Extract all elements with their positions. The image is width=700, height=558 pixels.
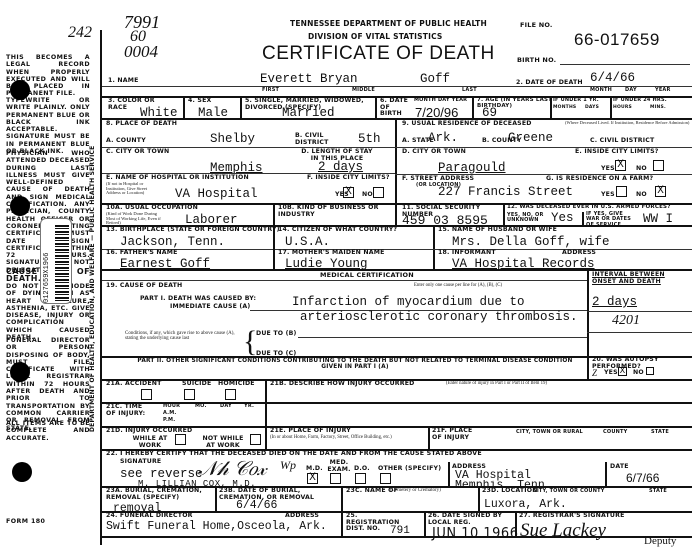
col-divider: [428, 426, 430, 449]
no-label: NO: [636, 192, 647, 199]
col-divider: [273, 249, 275, 269]
hours-label: HOURS: [613, 106, 632, 111]
res-civil-district-label: C. CIVIL DISTRICT: [590, 138, 654, 145]
location-state-label: STATE: [649, 489, 667, 494]
accident-checkbox[interactable]: [141, 389, 152, 400]
res-inside-no-checkbox[interactable]: [653, 160, 664, 171]
funeral-director-value: Swift Funeral Home,Osceola, Ark.: [106, 521, 327, 533]
handwritten-number-3: 0004: [124, 42, 158, 62]
county-col-label: COUNTY: [603, 430, 627, 435]
farm-label: G. IS RESIDENCE ON A FARM?: [546, 176, 653, 183]
citizen-label: 14. CITIZEN OF WHAT COUNTRY?: [278, 227, 397, 234]
county-value: Shelby: [210, 133, 255, 146]
burial-date-value: 6/4/66: [236, 500, 277, 512]
location-value: Luxora, Ark.: [484, 499, 567, 511]
col-divider: [472, 96, 474, 118]
barcode-stripes: [55, 225, 69, 301]
med-exam-checkbox[interactable]: [330, 473, 341, 484]
year-label: YR.: [244, 404, 254, 409]
other-label: OTHER (SPECIFY): [378, 466, 441, 473]
spouse-value: Mrs. Della Goff, wife: [452, 236, 610, 249]
row-divider: [102, 280, 587, 281]
all-items-note: ALL ITEMS ARE TO BE COMPLETE AND ACCURAT…: [6, 420, 90, 442]
while-at-work-label: WHILE AT WORK: [130, 436, 170, 449]
yes-label: YES: [601, 192, 615, 199]
department-title: TENNESSEE DEPARTMENT OF PUBLIC HEALTH: [290, 20, 487, 28]
suicide-label: SUICIDE: [182, 381, 211, 388]
dob-label: 6. DATE OF BIRTH: [380, 98, 414, 118]
initials: Wp: [280, 458, 296, 473]
conditions-note: Conditions, if any, which gave rise to a…: [125, 331, 235, 342]
col-divider: [478, 486, 480, 511]
file-no-label: FILE NO.: [520, 22, 553, 29]
yes-label: YES: [604, 370, 618, 377]
burial-label: 23A. BURIAL, CREMATION, REMOVAL (SPECIFY…: [106, 488, 216, 501]
injury-how-label: 21B. DESCRIBE HOW INJURY OCCURRED: [270, 381, 415, 388]
col-divider: [503, 203, 505, 225]
interval-label: INTERVAL BETWEEN ONSET AND DEATH: [592, 272, 687, 285]
col-divider: [375, 96, 377, 118]
funeral-director-label: 24. FUNERAL DIRECTOR: [106, 513, 193, 520]
col-divider: [448, 462, 450, 486]
typewrite-instructions: TYPEWRITE OR WRITE PLAINLY. ONLY PERMANE…: [6, 97, 90, 155]
suicide-checkbox[interactable]: [184, 389, 195, 400]
mother-label: 17. MOTHER'S MAIDEN NAME: [278, 250, 385, 257]
am-label: A.M.: [163, 411, 177, 416]
no-label: NO: [633, 370, 644, 377]
middle-sublabel: MIDDLE: [352, 88, 375, 93]
war-value: WW I: [643, 213, 673, 226]
barcode-sticker: 0127659X1966: [40, 218, 72, 304]
civil-district-value: 5th: [358, 133, 381, 146]
interval-line: [587, 311, 692, 312]
birthplace-label: 13. BIRTHPLACE (State or Foreign Country…: [106, 227, 280, 234]
birth-no-label: BIRTH NO.: [517, 57, 556, 64]
certify-statement: 22. I HEREBY CERTIFY THAT THE DECEASED D…: [106, 451, 482, 458]
year-sublabel: YEAR: [655, 88, 671, 93]
immediate-cause-label: IMMEDIATE CAUSE (A): [170, 304, 250, 311]
col-divider: [550, 96, 552, 118]
form-left-border: [100, 30, 102, 545]
informant-label: 18. INFORMANT: [438, 250, 496, 257]
col-divider: [183, 96, 185, 118]
armed-forces-label: 12. WAS DECEASED EVER IN U.S. ARMED FORC…: [507, 205, 671, 211]
cemetery-note: (Cemetery or Crematory): [390, 488, 441, 493]
under-24hrs-label: IF UNDER 24 HRS.: [613, 98, 667, 103]
res-inside-limits-label: E. INSIDE CITY LIMITS?: [575, 149, 659, 156]
left-margin: 242 THIS BECOMES A LEGAL RECORD WHEN PRO…: [4, 0, 94, 558]
col-divider: [395, 203, 397, 225]
yes-label: YES: [601, 166, 615, 173]
city-town-rural-label: CITY, TOWN OR RURAL: [516, 430, 583, 435]
physician-signature: 𝒩𝒽 𝒞𝑜𝓍: [198, 458, 266, 481]
location-label: 23D. LOCATION: [482, 488, 538, 495]
month-sublabel: MONTH: [590, 88, 612, 93]
cause-of-death-label: 19. CAUSE OF DEATH: [106, 283, 182, 290]
autopsy-no-checkbox[interactable]: [646, 367, 654, 375]
residence-note: (Where Deceased Lived. If Institution, R…: [565, 121, 690, 126]
section-divider: [395, 118, 397, 203]
birth-no-line: [560, 64, 690, 65]
med-exam-label: MED. EXAM.: [327, 460, 351, 473]
hour-label: HOUR: [163, 404, 180, 409]
business-label: 10B. KIND OF BUSINESS OR INDUSTRY: [278, 205, 388, 218]
federal-department-vertical: DEPARTMENT OF HEALTH, EDUCATION, AND WEL…: [90, 146, 96, 432]
date-of-death: 6/4/66: [590, 72, 635, 85]
days-label: DAYS: [585, 106, 599, 111]
place-of-injury-note: (In or about Home, Farm, Factory, Street…: [270, 435, 430, 440]
hospital-value: VA Hospital: [175, 188, 258, 201]
length-of-stay-value: 2 days: [318, 161, 363, 174]
month-label: MO.: [195, 404, 207, 409]
due-to-b-label: DUE TO (B): [256, 331, 297, 338]
form-bottom-border: [102, 536, 692, 538]
punch-hole: [10, 196, 30, 216]
mins-label: MINS.: [650, 106, 666, 111]
farm-no-checkbox[interactable]: X: [655, 186, 666, 197]
informant-address-label: ADDRESS: [562, 250, 596, 257]
pm-label: P.M.: [163, 418, 175, 423]
inside-limits-no-checkbox[interactable]: [373, 187, 384, 198]
last-sublabel: LAST: [462, 88, 477, 93]
file-number: 66-017659: [574, 30, 660, 50]
date-signed-label: 26. DATE SIGNED BY LOCAL REG.: [428, 513, 518, 526]
funeral-address-label: ADDRESS: [285, 513, 319, 520]
other-checkbox[interactable]: [380, 473, 391, 484]
certifier-date-label: DATE: [610, 464, 629, 471]
col-divider: [515, 511, 517, 536]
sex-label: 4. SEX: [188, 98, 211, 105]
county-label: A. COUNTY: [106, 138, 146, 145]
inside-city-limits-label: F. INSIDE CITY LIMITS?: [307, 175, 390, 182]
corner-annotation: 242: [68, 24, 92, 42]
first-sublabel: FIRST: [262, 88, 279, 93]
medical-certification-title: MEDICAL CERTIFICATION: [320, 272, 414, 279]
homicide-label: HOMICIDE: [218, 381, 255, 388]
division-title: DIVISION OF VITAL STATISTICS: [308, 33, 443, 41]
location-sublabel: CITY, TOWN OR COUNTY: [533, 489, 605, 494]
autopsy-yes-checkbox[interactable]: X: [618, 367, 627, 376]
father-label: 16. FATHER'S NAME: [106, 250, 178, 257]
farm-yes-checkbox[interactable]: [616, 186, 627, 197]
date-signed-stamp: JUN 10 1966: [432, 525, 518, 542]
col-divider: [240, 96, 242, 118]
barcode-number: 0127659X1966: [43, 253, 51, 303]
no-label: NO: [362, 192, 373, 199]
armed-sublabel: YES, NO, OR UNKNOWN: [507, 213, 549, 224]
place-21f-label: 21F. PLACE OF INJURY: [432, 428, 477, 441]
res-city-label: D. CITY OR TOWN: [402, 149, 466, 156]
interval-code: 4201: [612, 313, 640, 329]
part-2-label: PART II. OTHER SIGNIFICANT CONDITIONS CO…: [135, 358, 575, 370]
interval-a-value: 2 days: [592, 296, 637, 309]
cause-a-line1: Infarction of myocardium due to: [292, 296, 525, 309]
street-value: 227 Francis Street: [438, 186, 573, 199]
registrar-signature: Sue Lackey: [520, 520, 606, 542]
under-1yr-label: IF UNDER 1 YR.: [553, 98, 599, 103]
civil-district-label: B. CIVIL DISTRICT: [295, 133, 335, 146]
dob-sublabel: MONTH DAY YEAR: [414, 98, 467, 103]
while-at-work-checkbox[interactable]: [175, 434, 186, 445]
signature-label: SIGNATURE: [120, 459, 161, 466]
city-label: C. CITY OR TOWN: [106, 149, 169, 156]
do-checkbox[interactable]: [355, 473, 366, 484]
col-divider: [605, 462, 607, 486]
certifier-date: 6/7/66: [626, 472, 659, 484]
res-inside-yes-checkbox[interactable]: X: [615, 160, 626, 171]
row-divider: [102, 249, 692, 250]
injury-how-note: (Enter nature of injury in Part I or Par…: [446, 381, 547, 386]
form-number: FORM 180: [6, 518, 46, 525]
md-checkbox[interactable]: X: [307, 473, 318, 484]
punch-hole: [10, 80, 30, 100]
residence-label: 9. USUAL RESIDENCE OF DECEASED: [402, 121, 532, 128]
months-label: MONTHS: [553, 106, 576, 111]
state-value: Ark.: [428, 132, 458, 145]
place-of-death-label: 8. PLACE OF DEATH: [106, 121, 177, 128]
registrar-signature-label: 27. REGISTRAR'S SIGNATURE: [519, 513, 625, 520]
punch-hole: [10, 362, 30, 382]
citizen-value: U.S.A.: [285, 236, 330, 249]
name-label: 1. NAME: [108, 78, 139, 85]
res-city-value: Paragould: [438, 162, 506, 175]
interval-column-divider: [587, 269, 589, 379]
row-divider: [102, 402, 692, 404]
accident-label: 21A. ACCIDENT: [106, 381, 162, 388]
funeral-instructions: FUNERAL DIRECTOR OR PERSON DISPOSING OF …: [6, 337, 90, 432]
no-label: NO: [636, 166, 647, 173]
cause-note: Enter only one cause per line for (A), (…: [414, 283, 502, 288]
time-of-injury-label: 21C. TIME OF INJURY:: [106, 404, 154, 417]
do-label: D.O.: [354, 466, 370, 473]
inside-limits-yes-checkbox[interactable]: X: [343, 187, 354, 198]
col-divider: [215, 486, 217, 511]
spouse-label: 15. NAME OF HUSBAND OR WIFE: [438, 227, 557, 234]
not-while-at-work-checkbox[interactable]: [250, 434, 261, 445]
name-first-middle: Everett Bryan: [260, 73, 358, 86]
col-divider: [265, 379, 267, 449]
col-divider: [424, 511, 426, 536]
part-1-label: PART I. DEATH WAS CAUSED BY:: [140, 296, 256, 303]
col-divider: [610, 96, 612, 118]
name-last: Goff: [420, 73, 450, 86]
not-while-at-work-label: NOT WHILE AT WORK: [198, 436, 248, 449]
place-of-injury-label: 21E. PLACE OF INJURY: [270, 428, 351, 435]
cause-a-line2: arteriosclerotic coronary thrombosis.: [300, 311, 578, 324]
interval-line: [587, 332, 692, 333]
due-b-line: [298, 337, 587, 338]
certificate-title: CERTIFICATE OF DEATH: [262, 43, 495, 65]
day-label: DAY: [220, 404, 232, 409]
state-col-label: STATE: [651, 430, 669, 435]
autopsy-mark: Z: [592, 368, 597, 378]
res-county-value: Greene: [508, 132, 553, 145]
punch-hole: [12, 462, 32, 482]
armed-value: Yes: [551, 212, 574, 225]
col-divider: [433, 225, 435, 269]
homicide-checkbox[interactable]: [225, 389, 236, 400]
hospital-note: (If not in Hospital or Institution, Give…: [106, 182, 161, 196]
day-sublabel: DAY: [625, 88, 637, 93]
birthplace-value: Jackson, Tenn.: [120, 236, 225, 249]
col-divider: [582, 212, 584, 225]
